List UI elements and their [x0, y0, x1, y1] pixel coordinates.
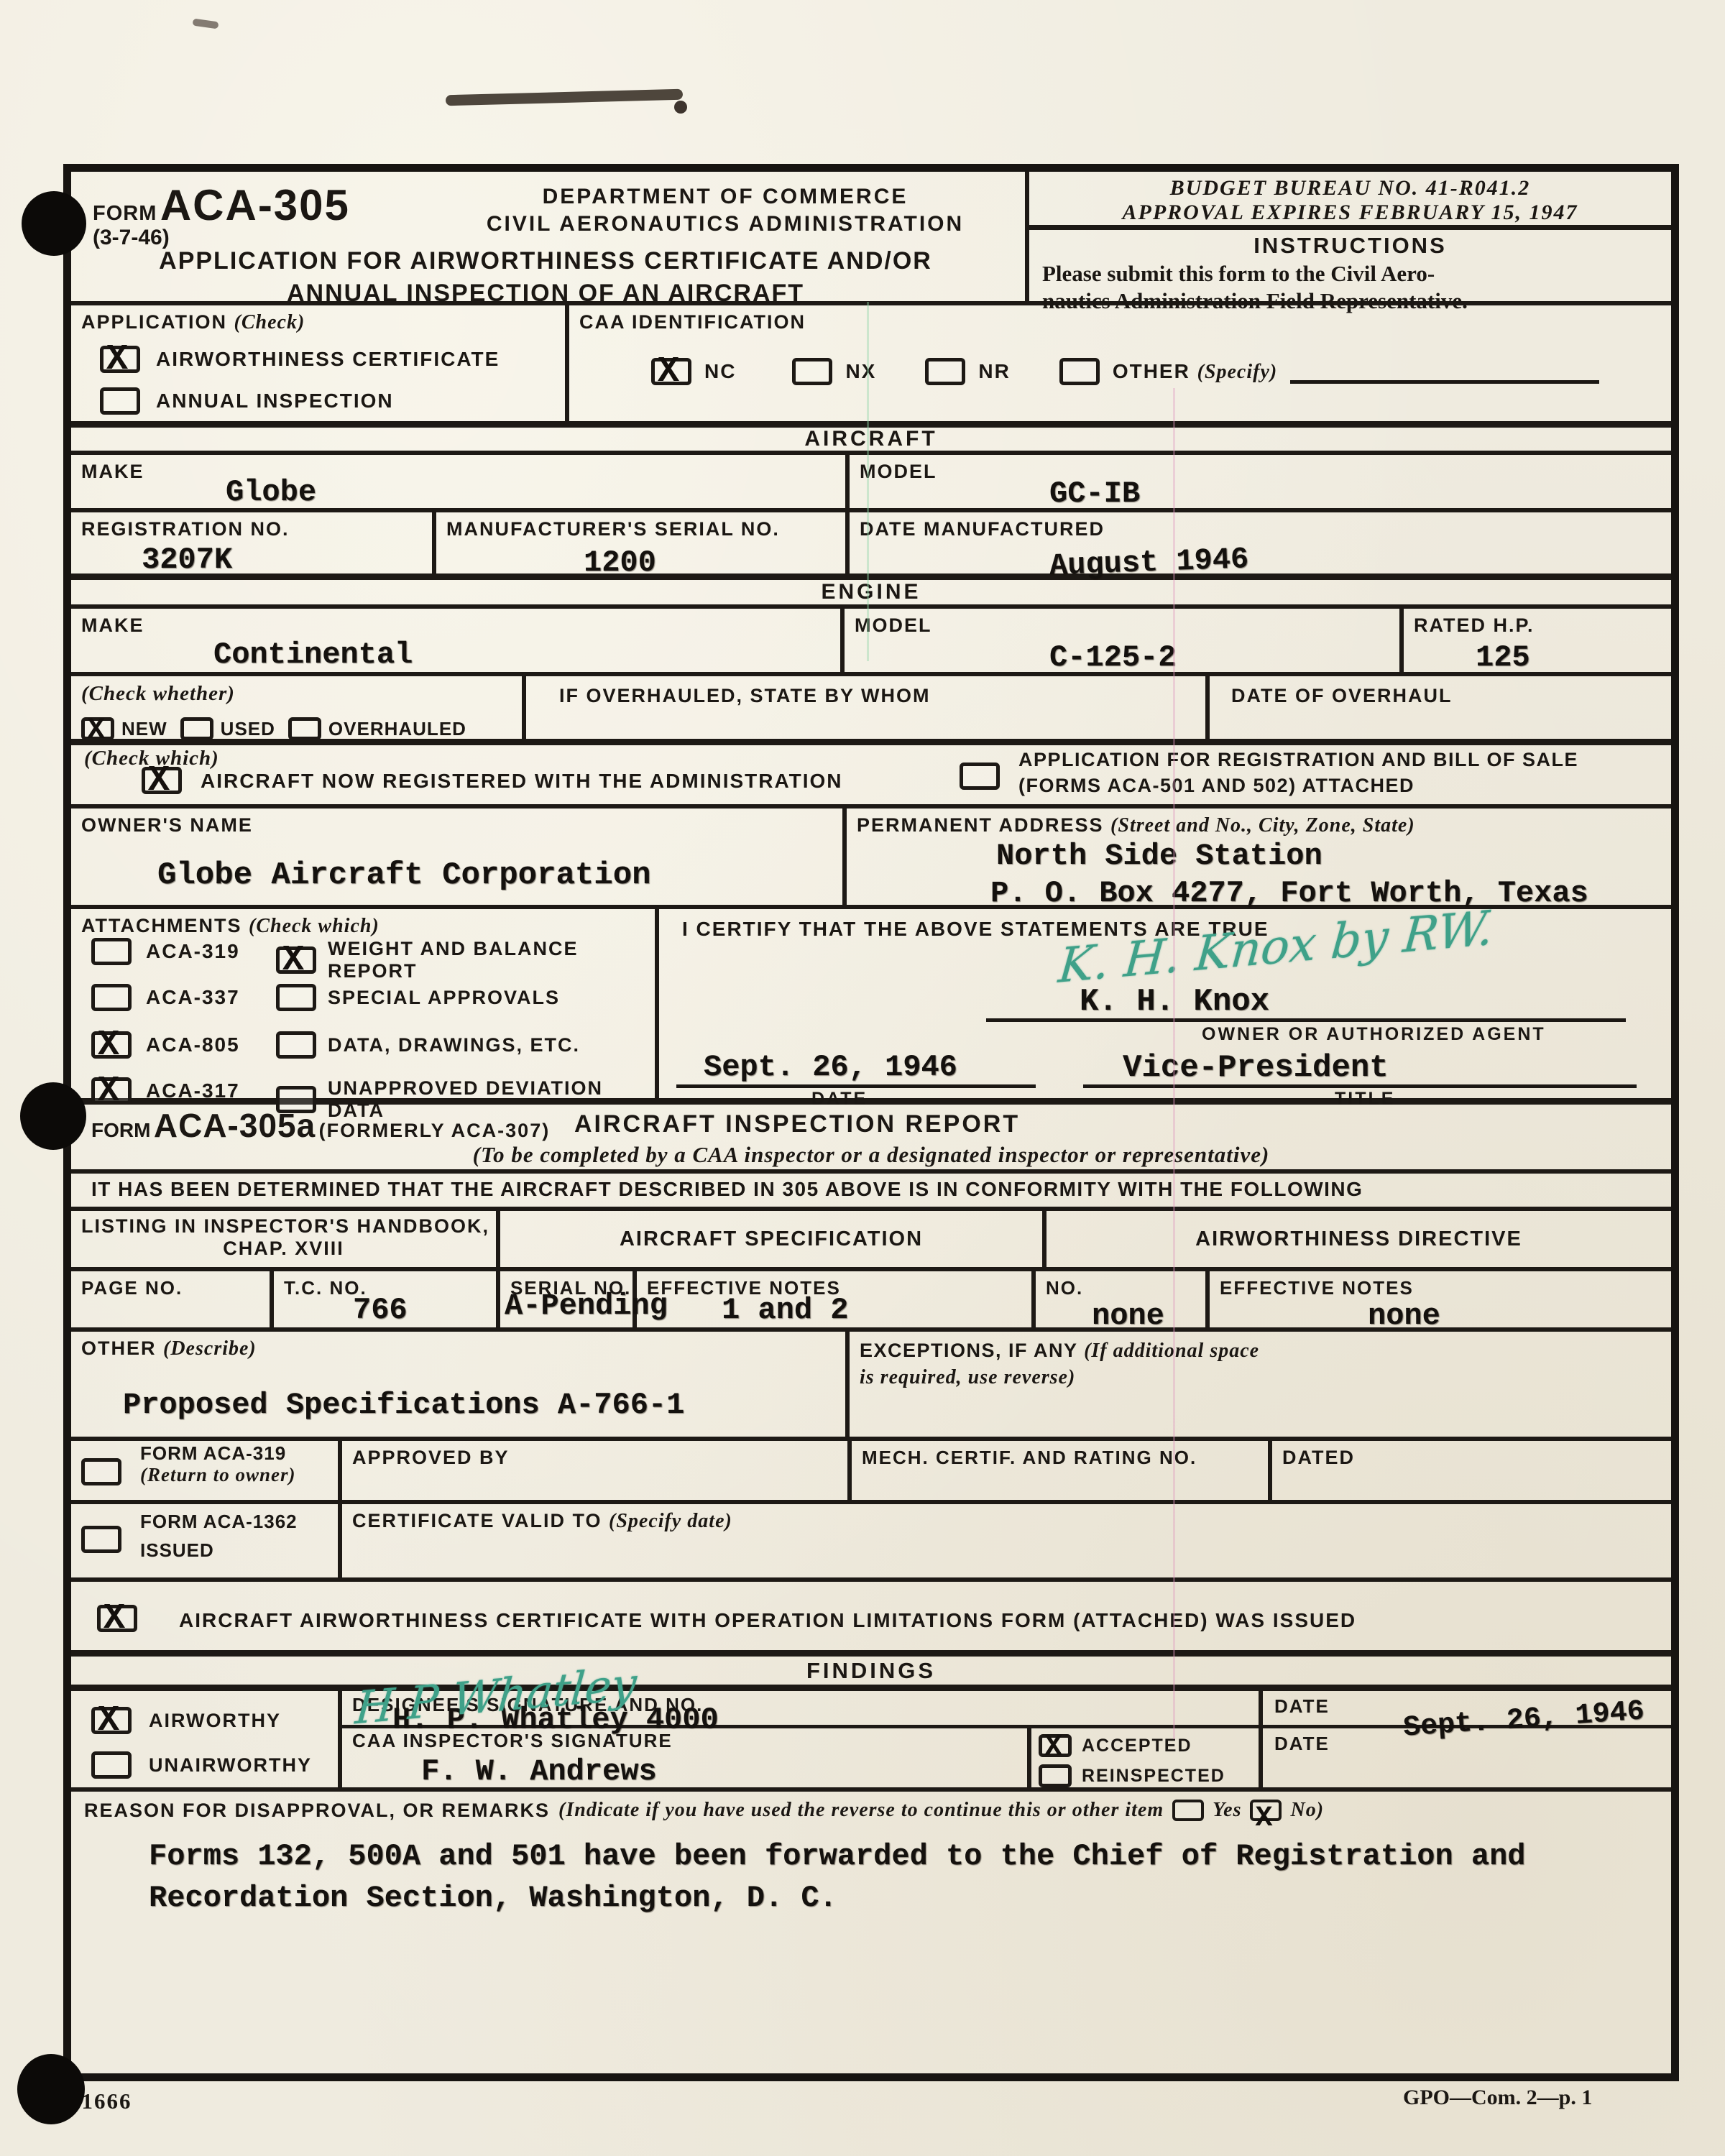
registration-status-row: (Check which) AIRCRAFT NOW REGISTERED WI…	[71, 745, 1671, 808]
spec-group-header-row: LISTING IN INSPECTOR'S HANDBOOK, CHAP. X…	[71, 1211, 1671, 1271]
rated-hp-cell: RATED H.P. 125	[1399, 609, 1671, 672]
checkbox-engine-new[interactable]	[81, 717, 114, 740]
owner-name-label: OWNER'S NAME	[81, 814, 832, 837]
instructions-box: INSTRUCTIONS Please submit this form to …	[1029, 230, 1671, 318]
aircraft-make-cell: MAKE Globe	[71, 455, 845, 508]
checkbox-aca-337[interactable]	[91, 984, 132, 1011]
checkbox-reinspected[interactable]	[1039, 1764, 1072, 1787]
listing-header-line1: LISTING IN INSPECTOR'S HANDBOOK,	[81, 1215, 486, 1238]
checkbox-engine-overhauled[interactable]	[288, 717, 321, 740]
aca-1362-row: FORM ACA-1362 ISSUED CERTIFICATE VALID T…	[71, 1504, 1671, 1582]
owner-address-line2: P. O. Box 4277, Fort Worth, Texas	[990, 876, 1588, 911]
checkbox-nc[interactable]	[651, 358, 691, 385]
page-no-label: PAGE NO.	[81, 1277, 259, 1299]
aircraft-registration-row: REGISTRATION NO. 3207K MANUFACTURER'S SE…	[71, 512, 1671, 580]
checkbox-registered[interactable]	[142, 767, 182, 794]
aircraft-section-title: AIRCRAFT	[804, 427, 937, 451]
aca-319-label: ACA-319	[146, 940, 240, 963]
checkbox-engine-used[interactable]	[180, 717, 213, 740]
nx-label: NX	[845, 360, 876, 383]
header-right-cell: BUDGET BUREAU NO. 41-R041.2 APPROVAL EXP…	[1025, 172, 1671, 301]
tc-no-cell: T.C. NO. 766	[270, 1271, 496, 1327]
aircraft-make-value: Globe	[226, 475, 316, 510]
conformity-cell: IT HAS BEEN DETERMINED THAT THE AIRCRAFT…	[71, 1174, 1671, 1207]
application-row: APPLICATION (Check) AIRWORTHINESS CERTIF…	[71, 305, 1671, 428]
scanned-form-page: FORM ACA-305 (3-7-46) DEPARTMENT OF COMM…	[0, 0, 1725, 2156]
inspection-form-number: ACA-305a	[154, 1107, 316, 1144]
owner-name-value: Globe Aircraft Corporation	[157, 857, 651, 893]
overhaul-date-cell: DATE OF OVERHAUL	[1205, 676, 1671, 739]
checkbox-form-aca-1362[interactable]	[81, 1526, 121, 1553]
approved-by-label: APPROVED BY	[352, 1447, 837, 1469]
unairworthy-label: UNAIRWORTHY	[149, 1754, 312, 1777]
department-heading: DEPARTMENT OF COMMERCE CIVIL AERONAUTICS…	[431, 183, 1020, 238]
directive-header: AIRWORTHINESS DIRECTIVE	[1195, 1227, 1522, 1251]
other-exceptions-row: OTHER (Describe) Proposed Specifications…	[71, 1332, 1671, 1441]
certification-title-value: Vice-President	[1123, 1050, 1389, 1086]
conformity-row: IT HAS BEEN DETERMINED THAT THE AIRCRAFT…	[71, 1174, 1671, 1211]
checkbox-certificate-issued[interactable]	[97, 1605, 137, 1632]
engine-section-title: ENGINE	[821, 580, 921, 604]
instructions-title: INSTRUCTIONS	[1042, 233, 1658, 259]
tc-no-value: 766	[353, 1293, 408, 1327]
directive-no-value: none	[1092, 1299, 1164, 1333]
other-describe-label: OTHER (Describe)	[81, 1337, 835, 1360]
remarks-label-italic: (Indicate if you have used the reverse t…	[558, 1799, 1164, 1822]
date-manufactured-value: August 1946	[1049, 542, 1249, 584]
checkbox-annual-inspection[interactable]	[100, 387, 140, 415]
accepted-cell: ACCEPTED REINSPECTED	[1027, 1728, 1259, 1792]
checkbox-unairworthy[interactable]	[91, 1751, 132, 1779]
inspector-typed: F. W. Andrews	[421, 1754, 657, 1789]
reverse-no-label: No)	[1290, 1799, 1324, 1822]
checkbox-airworthy[interactable]	[91, 1707, 132, 1734]
directive-header-cell: AIRWORTHINESS DIRECTIVE	[1042, 1211, 1671, 1267]
checkbox-data-drawings[interactable]	[276, 1031, 316, 1059]
checkbox-nr[interactable]	[925, 358, 965, 385]
other-label-italic: (Specify)	[1197, 361, 1278, 383]
spec-serial-cell: SERIAL NO. A-Pending	[496, 1271, 632, 1327]
checkbox-special-approvals[interactable]	[276, 984, 316, 1011]
date-manufactured-label: DATE MANUFACTURED	[860, 518, 1661, 540]
accepted-label: ACCEPTED	[1082, 1736, 1192, 1756]
directive-notes-cell: EFFECTIVE NOTES none	[1205, 1271, 1671, 1327]
engine-make-row: MAKE Continental MODEL C-125-2 RATED H.P…	[71, 609, 1671, 676]
form-word: FORM	[93, 202, 157, 225]
findings-signatures: DESIGNEE'S SIGNATURE AND NO. H. P. Whatl…	[338, 1691, 1671, 1787]
remarks-row: REASON FOR DISAPPROVAL, OR REMARKS (Indi…	[71, 1792, 1671, 2073]
aca-305-form: FORM ACA-305 (3-7-46) DEPARTMENT OF COMM…	[63, 164, 1679, 2081]
engine-make-label: MAKE	[81, 614, 830, 637]
aca-317-label: ACA-317	[146, 1079, 240, 1102]
form-title-line1: APPLICATION FOR AIRWORTHINESS CERTIFICAT…	[114, 245, 977, 277]
remarks-label: REASON FOR DISAPPROVAL, OR REMARKS	[84, 1800, 550, 1822]
bill-of-sale-label-line2: (FORMS ACA-501 AND 502) ATTACHED	[1018, 773, 1578, 798]
attachments-cell: ATTACHMENTS (Check which) ACA-319 ACA-33…	[71, 909, 655, 1098]
aircraft-make-model-row: MAKE Globe MODEL GC-IB	[71, 455, 1671, 512]
aircraft-section-header: AIRCRAFT	[71, 428, 1671, 455]
aircraft-model-label: MODEL	[860, 461, 1661, 483]
department-line1: DEPARTMENT OF COMMERCE	[431, 183, 1020, 211]
checkbox-aca-805[interactable]	[91, 1031, 132, 1059]
aircraft-model-value: GC-IB	[1049, 476, 1140, 511]
checkbox-reverse-no[interactable]	[1250, 1800, 1282, 1821]
aca-319-return-cell: FORM ACA-319 (Return to owner)	[71, 1441, 338, 1500]
punch-hole-top	[22, 191, 86, 256]
inspection-report-header: FORM ACA-305a (FORMERLY ACA-307) AIRCRAF…	[71, 1105, 1671, 1174]
findings-section-title: FINDINGS	[806, 1658, 936, 1684]
engine-model-cell: MODEL C-125-2	[840, 609, 1399, 672]
checkbox-accepted[interactable]	[1039, 1734, 1072, 1757]
date-label-top: DATE	[1274, 1695, 1330, 1718]
rated-hp-label: RATED H.P.	[1414, 614, 1661, 637]
engine-make-value: Continental	[213, 637, 413, 672]
owner-signature-script: K. H. Knox by RW.	[1057, 900, 1496, 994]
form-aca-1362-label-text: FORM ACA-1362	[140, 1507, 298, 1536]
aca-337-label: ACA-337	[146, 986, 240, 1009]
engine-model-value: C-125-2	[1049, 640, 1176, 675]
check-whether-label: (Check whether)	[81, 682, 512, 706]
checkbox-airworthiness-certificate[interactable]	[100, 346, 140, 373]
engine-condition-cell: (Check whether) NEW USED OVERHAULED	[71, 676, 522, 739]
special-approvals-label: SPECIAL APPROVALS	[328, 987, 560, 1009]
directive-notes-label: EFFECTIVE NOTES	[1220, 1277, 1661, 1299]
certificate-issued-row: AIRCRAFT AIRWORTHINESS CERTIFICATE WITH …	[71, 1582, 1671, 1657]
application-label-text: APPLICATION	[81, 311, 227, 333]
rated-hp-value: 125	[1476, 640, 1530, 675]
certification-cell: I CERTIFY THAT THE ABOVE STATEMENTS ARE …	[655, 909, 1671, 1098]
registration-value: 3207K	[142, 543, 232, 577]
owner-address-line1: North Side Station	[996, 839, 1322, 873]
engine-used-label: USED	[221, 718, 275, 740]
engine-section-header: ENGINE	[71, 580, 1671, 609]
annual-inspection-label: ANNUAL INSPECTION	[156, 390, 394, 413]
checkbox-aca-319[interactable]	[91, 938, 132, 965]
directive-no-label: NO.	[1046, 1277, 1195, 1299]
designee-cell: DESIGNEE'S SIGNATURE AND NO. H. P. Whatl…	[342, 1691, 1259, 1725]
spec-notes-value: 1 and 2	[722, 1293, 848, 1327]
designee-subrow: DESIGNEE'S SIGNATURE AND NO. H. P. Whatl…	[342, 1691, 1671, 1728]
checkbox-nx[interactable]	[792, 358, 832, 385]
aircraft-model-cell: MODEL GC-IB	[845, 455, 1671, 508]
registered-label: AIRCRAFT NOW REGISTERED WITH THE ADMINIS…	[201, 770, 843, 793]
certificate-valid-label: CERTIFICATE VALID TO (Specify date)	[352, 1510, 1661, 1533]
budget-bureau-line1: BUDGET BUREAU NO. 41-R041.2	[1029, 176, 1671, 201]
nc-label: NC	[704, 360, 736, 383]
inspection-header-cell: FORM ACA-305a (FORMERLY ACA-307) AIRCRAF…	[71, 1105, 1671, 1169]
mech-certif-label: MECH. CERTIF. AND RATING NO.	[862, 1447, 1258, 1469]
checkbox-bill-of-sale[interactable]	[960, 763, 1000, 790]
other-describe-label-text: OTHER	[81, 1337, 157, 1359]
overhauled-by-cell: IF OVERHAULED, STATE BY WHOM	[522, 676, 1205, 739]
certificate-valid-cell: CERTIFICATE VALID TO (Specify date)	[338, 1504, 1671, 1577]
owner-row: OWNER'S NAME Globe Aircraft Corporation …	[71, 808, 1671, 909]
registration-cell: REGISTRATION NO. 3207K	[71, 512, 432, 573]
certification-date-value: Sept. 26, 1946	[704, 1050, 957, 1084]
inspection-subtitle: (To be completed by a CAA inspector or a…	[71, 1142, 1671, 1168]
owner-address-label-italic: (Street and No., City, Zone, State)	[1110, 814, 1415, 837]
exceptions-label-text: EXCEPTIONS, IF ANY	[860, 1340, 1077, 1361]
punch-hole-bottom	[17, 2054, 85, 2124]
budget-bureau-box: BUDGET BUREAU NO. 41-R041.2 APPROVAL EXP…	[1029, 172, 1671, 230]
other-cell: OTHER (Describe) Proposed Specifications…	[71, 1332, 845, 1437]
checkbox-reverse-yes[interactable]	[1172, 1800, 1204, 1821]
aca-319-return-row: FORM ACA-319 (Return to owner) APPROVED …	[71, 1441, 1671, 1504]
caa-identification-cell: CAA IDENTIFICATION NC NX NR OTHER (Speci…	[565, 305, 1671, 421]
spec-values-row: PAGE NO. T.C. NO. 766 SERIAL NO. A-Pendi…	[71, 1271, 1671, 1332]
remarks-body-line1: Forms 132, 500A and 501 have been forwar…	[149, 1839, 1526, 1874]
other-label: OTHER (Specify)	[1113, 360, 1277, 384]
footer-gpo: GPO—Com. 2—p. 1	[1403, 2086, 1592, 2110]
attachments-label-italic: (Check which)	[249, 915, 379, 937]
directive-no-cell: NO. none	[1031, 1271, 1205, 1327]
owner-address-cell: PERMANENT ADDRESS (Street and No., City,…	[842, 808, 1671, 905]
inspection-title: AIRCRAFT INSPECTION REPORT	[574, 1110, 1020, 1138]
remarks-label-line: REASON FOR DISAPPROVAL, OR REMARKS (Indi…	[71, 1792, 1671, 1822]
mech-certif-cell: MECH. CERTIF. AND RATING NO.	[847, 1441, 1268, 1500]
instructions-line1: Please submit this form to the Civil Aer…	[1042, 260, 1658, 287]
reverse-yes-label: Yes	[1213, 1799, 1241, 1822]
dated-cell: DATED	[1268, 1441, 1671, 1500]
remarks-body-line2: Recordation Section, Washington, D. C.	[149, 1881, 837, 1915]
pencil-mark	[192, 19, 218, 29]
engine-condition-row: (Check whether) NEW USED OVERHAULED IF O…	[71, 676, 1671, 745]
serial-value: 1200	[584, 545, 656, 580]
other-specify-blank[interactable]	[1290, 359, 1599, 384]
dated-label: DATED	[1282, 1447, 1661, 1469]
spec-serial-value: A-Pending	[505, 1289, 668, 1323]
form-aca-319-label-text: FORM ACA-319	[140, 1442, 296, 1464]
exceptions-cell: EXCEPTIONS, IF ANY (If additional space …	[845, 1332, 1671, 1437]
punch-hole-middle	[20, 1082, 86, 1150]
listing-header-line2: CHAP. XVIII	[81, 1238, 486, 1260]
budget-bureau-line2: APPROVAL EXPIRES FEBRUARY 15, 1947	[1029, 201, 1671, 225]
form-aca-1362-label: FORM ACA-1362 ISSUED	[140, 1507, 298, 1565]
bill-of-sale-label-line1: APPLICATION FOR REGISTRATION AND BILL OF…	[1018, 747, 1578, 773]
overhauled-by-label: IF OVERHAULED, STATE BY WHOM	[559, 685, 1195, 707]
checkbox-other[interactable]	[1059, 358, 1100, 385]
inspection-formerly: (FORMERLY ACA-307)	[319, 1120, 551, 1141]
ink-dot	[674, 101, 687, 114]
registration-status-cell: (Check which) AIRCRAFT NOW REGISTERED WI…	[71, 745, 1671, 804]
exceptions-label: EXCEPTIONS, IF ANY (If additional space …	[860, 1337, 1262, 1391]
caa-identification-label: CAA IDENTIFICATION	[579, 311, 1661, 333]
form-aca-319-label: FORM ACA-319 (Return to owner)	[140, 1442, 296, 1485]
aircraft-make-label: MAKE	[81, 461, 835, 483]
checkbox-form-aca-319[interactable]	[81, 1458, 121, 1485]
checkbox-aca-317[interactable]	[91, 1077, 132, 1105]
engine-new-label: NEW	[121, 718, 167, 740]
inspector-cell: CAA INSPECTOR'S SIGNATURE F. W. Andrews	[342, 1728, 1027, 1792]
airworthiness-certificate-label: AIRWORTHINESS CERTIFICATE	[156, 348, 500, 371]
date-manufactured-cell: DATE MANUFACTURED August 1946	[845, 512, 1671, 573]
attachments-row: ATTACHMENTS (Check which) ACA-319 ACA-33…	[71, 909, 1671, 1105]
spec-notes-cell: EFFECTIVE NOTES 1 and 2	[632, 1271, 1031, 1327]
overhaul-date-label: DATE OF OVERHAUL	[1231, 685, 1661, 707]
application-cell: APPLICATION (Check) AIRWORTHINESS CERTIF…	[71, 305, 565, 421]
date-label-bottom: DATE	[1274, 1733, 1330, 1755]
engine-model-label: MODEL	[855, 614, 1389, 637]
application-label-italic: (Check)	[234, 311, 305, 333]
form-header-row: FORM ACA-305 (3-7-46) DEPARTMENT OF COMM…	[71, 172, 1671, 305]
aca-1362-cell: FORM ACA-1362 ISSUED	[71, 1504, 338, 1577]
owner-address-label: PERMANENT ADDRESS (Street and No., City,…	[857, 814, 1661, 837]
owner-address-label-text: PERMANENT ADDRESS	[857, 814, 1104, 836]
page-no-cell: PAGE NO.	[71, 1271, 270, 1327]
weight-balance-label: WEIGHT AND BALANCE REPORT	[328, 938, 655, 982]
certificate-issued-label: AIRCRAFT AIRWORTHINESS CERTIFICATE WITH …	[179, 1609, 1356, 1632]
attachments-label-text: ATTACHMENTS	[81, 915, 241, 936]
certificate-valid-label-italic: (Specify date)	[609, 1510, 732, 1532]
inspection-form-word: FORM	[91, 1119, 150, 1141]
header-left-cell: FORM ACA-305 (3-7-46) DEPARTMENT OF COMM…	[71, 172, 1025, 301]
specification-header: AIRCRAFT SPECIFICATION	[620, 1227, 923, 1251]
checkbox-weight-balance[interactable]	[276, 946, 316, 974]
other-describe-label-italic: (Describe)	[163, 1337, 257, 1360]
certificate-issued-cell: AIRCRAFT AIRWORTHINESS CERTIFICATE WITH …	[71, 1582, 1671, 1650]
approved-by-cell: APPROVED BY	[338, 1441, 847, 1500]
form-aca-1362-issued-label: ISSUED	[140, 1536, 298, 1565]
directive-notes-value: none	[1368, 1299, 1440, 1333]
department-line2: CIVIL AERONAUTICS ADMINISTRATION	[431, 211, 1020, 238]
bill-of-sale-label: APPLICATION FOR REGISTRATION AND BILL OF…	[1018, 747, 1578, 798]
findings-verdict-cell: AIRWORTHY UNAIRWORTHY	[71, 1691, 338, 1787]
engine-make-cell: MAKE Continental	[71, 609, 840, 672]
findings-row: AIRWORTHY UNAIRWORTHY DESIGNEE'S SIGNATU…	[71, 1691, 1671, 1792]
aca-805-label: ACA-805	[146, 1033, 240, 1056]
specification-header-cell: AIRCRAFT SPECIFICATION	[496, 1211, 1042, 1267]
conformity-statement: IT HAS BEEN DETERMINED THAT THE AIRCRAFT…	[91, 1178, 1363, 1200]
ink-smudge	[446, 89, 683, 106]
reinspected-label: REINSPECTED	[1082, 1766, 1225, 1787]
serial-cell: MANUFACTURER'S SERIAL NO. 1200	[432, 512, 845, 573]
attachments-label: ATTACHMENTS (Check which)	[81, 915, 645, 938]
form-aca-319-label-italic: (Return to owner)	[140, 1464, 296, 1485]
application-label: APPLICATION (Check)	[81, 311, 555, 334]
date-cell-top: DATE Sept. 26, 1946	[1259, 1691, 1671, 1725]
other-value: Proposed Specifications A-766-1	[123, 1388, 684, 1422]
owner-name-cell: OWNER'S NAME Globe Aircraft Corporation	[71, 808, 842, 905]
remarks-cell: REASON FOR DISAPPROVAL, OR REMARKS (Indi…	[71, 1792, 1671, 2073]
date-line[interactable]	[676, 1084, 1036, 1088]
listing-header-cell: LISTING IN INSPECTOR'S HANDBOOK, CHAP. X…	[71, 1211, 496, 1267]
signature-caption: OWNER OR AUTHORIZED AGENT	[1202, 1024, 1546, 1045]
form-title: APPLICATION FOR AIRWORTHINESS CERTIFICAT…	[114, 245, 977, 310]
engine-overhauled-label: OVERHAULED	[328, 718, 466, 740]
registration-label: REGISTRATION NO.	[81, 518, 422, 540]
airworthy-label: AIRWORTHY	[149, 1710, 281, 1732]
form-id: FORM ACA-305 (3-7-46)	[93, 180, 350, 250]
inspection-form-id: FORM ACA-305a (FORMERLY ACA-307)	[91, 1106, 550, 1145]
certificate-valid-label-text: CERTIFICATE VALID TO	[352, 1510, 602, 1531]
data-drawings-label: DATA, DRAWINGS, ETC.	[328, 1034, 580, 1056]
form-number: ACA-305	[160, 181, 350, 229]
nr-label: NR	[978, 360, 1010, 383]
findings-section-header: FINDINGS	[71, 1657, 1671, 1691]
other-label-text: OTHER	[1113, 360, 1190, 382]
serial-label: MANUFACTURER'S SERIAL NO.	[446, 518, 835, 540]
